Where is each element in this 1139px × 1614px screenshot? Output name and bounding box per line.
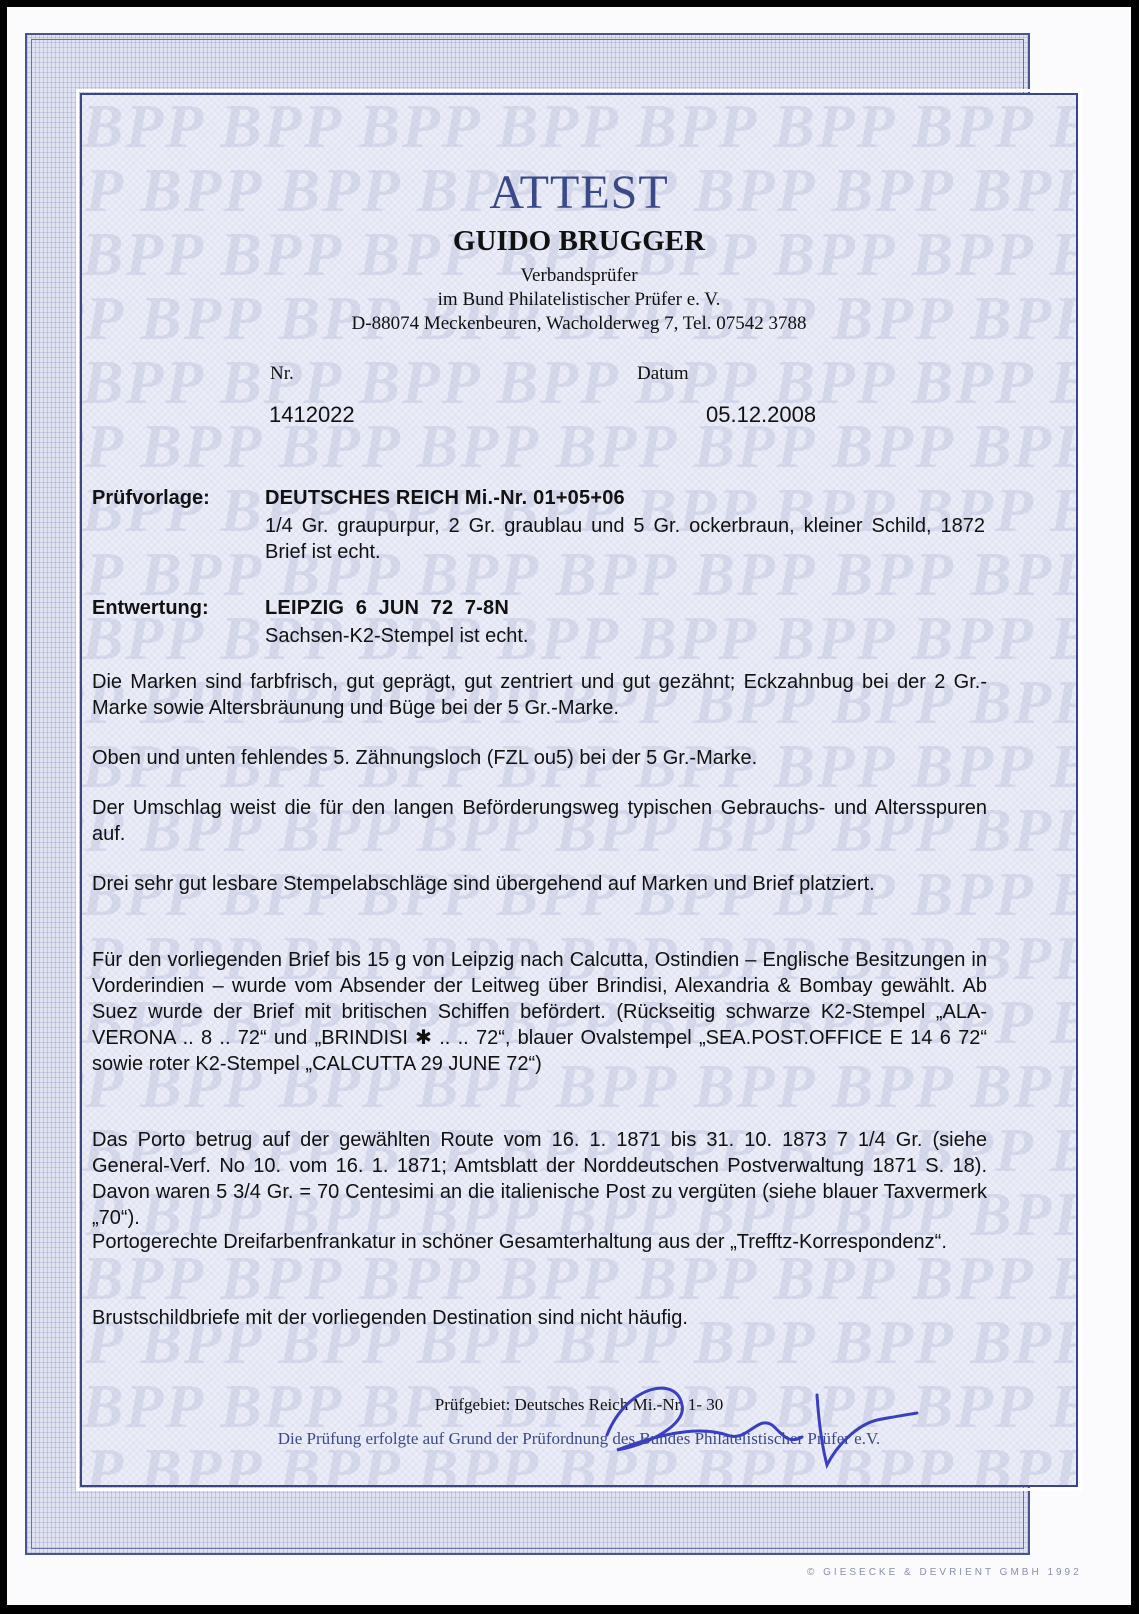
certificate-number: 1412022 — [269, 402, 355, 428]
signature-icon — [587, 1365, 927, 1475]
certificate-sheet: BPP BPP BPP BPP BPP BPP BPP BPP BPP BPP … — [7, 7, 1131, 1605]
paragraph-route: Für den vorliegenden Brief bis 15 g von … — [92, 947, 987, 1077]
field-body-pruefvorlage: 1/4 Gr. graupurpur, 2 Gr. graublau und 5… — [265, 513, 985, 565]
field-label-entwertung: Entwertung: — [92, 597, 209, 620]
field-body-entwertung: Sachsen-K2-Stempel ist echt. — [265, 623, 1062, 649]
document-title: ATTEST — [82, 165, 1076, 220]
printer-copyright: © GIESECKE & DEVRIENT GMBH 1992 — [807, 1567, 1082, 1578]
date-label: Datum — [637, 363, 689, 385]
certificate-panel: BPP BPP BPP BPP BPP BPP BPP BPP BPP BPP … — [80, 93, 1078, 1487]
paragraph-envelope: Der Umschlag weist die für den langen Be… — [92, 795, 987, 847]
field-heading-entwertung: LEIPZIG 6 JUN 72 7-8N — [265, 597, 509, 620]
address: D-88074 Meckenbeuren, Wacholderweg 7, Te… — [82, 313, 1076, 335]
paragraph-condition: Die Marken sind farbfrisch, gut geprägt,… — [92, 669, 987, 721]
field-heading-pruefvorlage: DEUTSCHES REICH Mi.-Nr. 01+05+06 — [265, 487, 625, 510]
paragraph-postage: Das Porto betrug auf der gewählten Route… — [92, 1127, 987, 1231]
examiner-role: Verbandsprüfer — [82, 265, 1076, 287]
certificate-date: 05.12.2008 — [706, 402, 816, 428]
paragraph-perforation: Oben und unten fehlendes 5. Zähnungsloch… — [92, 745, 987, 771]
number-label: Nr. — [270, 363, 294, 385]
association: im Bund Philatelistischer Prüfer e. V. — [82, 289, 1076, 311]
paragraph-franking: Portogerechte Dreifarbenfrankatur in sch… — [92, 1229, 987, 1255]
examiner-name: GUIDO BRUGGER — [82, 225, 1076, 258]
paragraph-rarity: Brustschildbriefe mit der vorliegenden D… — [92, 1305, 987, 1331]
paragraph-cancellations: Drei sehr gut lesbare Stempelabschläge s… — [92, 871, 987, 897]
field-label-pruefvorlage: Prüfvorlage: — [92, 487, 210, 510]
